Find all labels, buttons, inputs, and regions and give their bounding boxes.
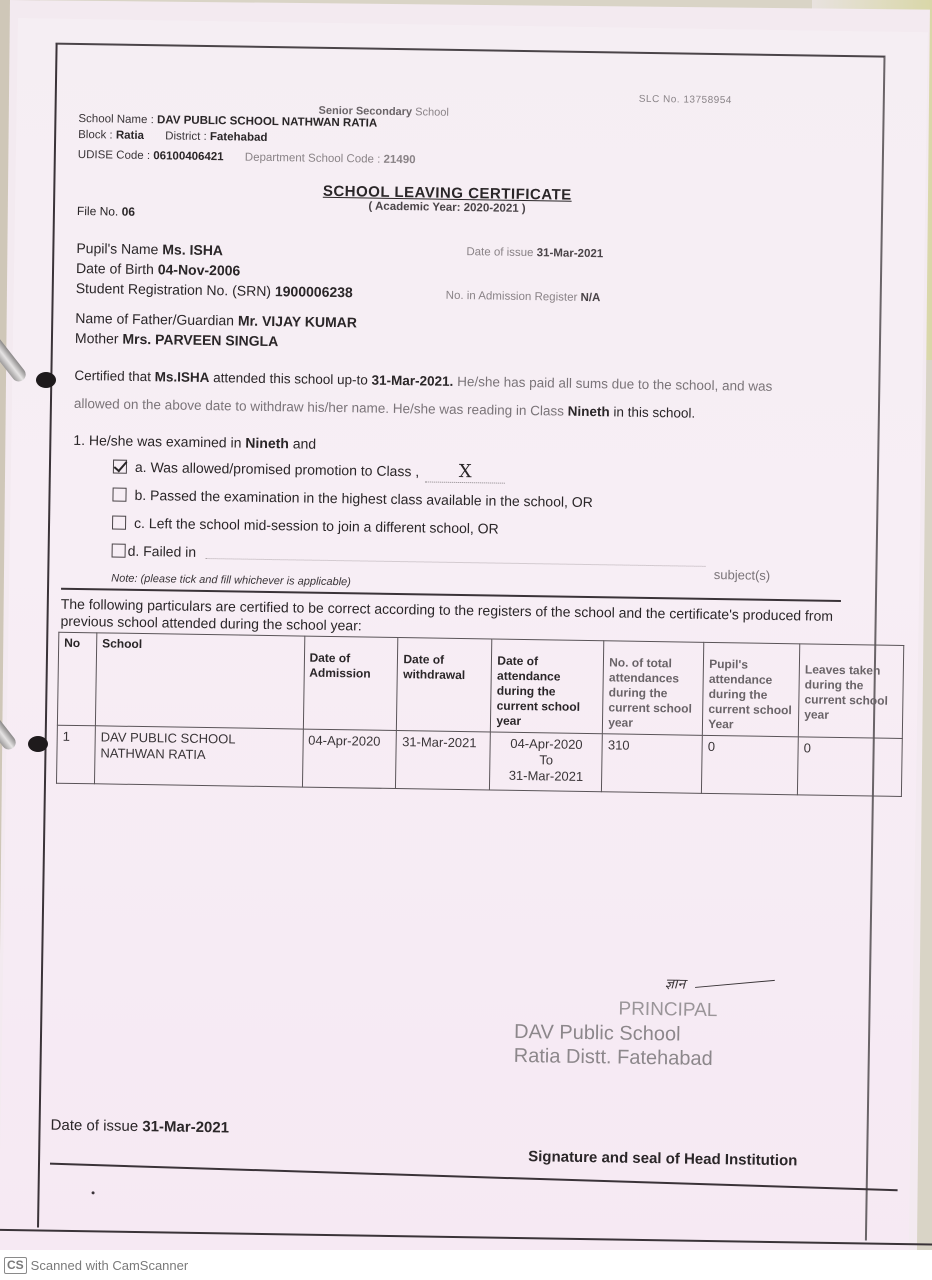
certificate-page: SLC No. 13758954 Senior Secondary School…: [0, 18, 928, 1266]
failed-subjects-line: [206, 545, 706, 567]
cell-withdrawal-date: 31-Mar-2021: [396, 731, 491, 790]
cell-attendance-period: 04-Apr-2020 To 31-Mar-2021: [490, 732, 603, 792]
column-header: No: [57, 632, 96, 726]
mother-name: Mrs. PARVEEN SINGLA: [122, 331, 278, 349]
father-name: Mr. VIJAY KUMAR: [238, 312, 357, 330]
cell-no: 1: [56, 725, 95, 784]
checkbox-icon[interactable]: [112, 488, 126, 502]
cell-admission-date: 04-Apr-2020: [302, 729, 397, 788]
principal-seal: ज्ञान PRINCIPAL DAV Public School Ratia …: [514, 996, 718, 1071]
column-header: Date of attendance during the current sc…: [491, 639, 604, 734]
column-header: Date of withdrawal: [397, 638, 492, 732]
speck: [92, 1191, 95, 1194]
cell-pupil-attendance: 0: [702, 735, 799, 794]
column-header: No. of total attendances during the curr…: [603, 641, 704, 736]
cell-leaves: 0: [798, 737, 903, 797]
issue-date-top: Date of issue 31-Mar-2021: [466, 246, 603, 260]
cell-total-attendances: 310: [602, 734, 703, 794]
certificate-content: SLC No. 13758954 Senior Secondary School…: [68, 89, 879, 796]
attendance-table: No School Date of Admission Date of with…: [56, 632, 904, 797]
school-name: DAV PUBLIC SCHOOL NATHWAN RATIA: [157, 114, 377, 129]
admission-register: No. in Admission Register N/A: [446, 290, 601, 304]
column-header: School: [95, 633, 304, 729]
file-no: 06: [122, 205, 136, 219]
block: Ratia: [116, 130, 144, 142]
date-of-birth: 04-Nov-2006: [158, 261, 241, 278]
camscanner-logo-icon: CS: [4, 1257, 27, 1274]
promoted-class-fill: X: [425, 460, 505, 483]
pupil-name: Ms. ISHA: [162, 241, 223, 258]
checkbox-checked-icon[interactable]: [113, 460, 127, 474]
column-header: Leaves taken during the current school y…: [798, 644, 903, 739]
certification-paragraph: Certified that Ms.ISHA attended this sch…: [74, 362, 820, 430]
principal-signature: ज्ञान: [665, 972, 686, 996]
srn: 1900006238: [275, 283, 353, 300]
table-header-row: No School Date of Admission Date of with…: [57, 632, 903, 738]
udise-code: 06100406421: [153, 150, 224, 163]
column-header: Pupil's attendance during the current sc…: [703, 642, 800, 736]
page-border-bottom: [0, 1229, 932, 1246]
checkbox-icon[interactable]: [112, 516, 126, 530]
cell-school: DAV PUBLIC SCHOOL NATHWAN RATIA: [94, 726, 302, 787]
punch-hole: [28, 736, 48, 752]
camscanner-watermark: CS Scanned with CamScanner: [0, 1250, 932, 1280]
punch-hole: [36, 372, 56, 388]
issue-date-bottom: Date of issue 31-Mar-2021: [50, 1117, 229, 1137]
column-header: Date of Admission: [303, 636, 398, 730]
district: Fatehabad: [210, 131, 268, 144]
checkbox-icon[interactable]: [112, 544, 126, 558]
slc-number: SLC No. 13758954: [639, 94, 732, 106]
exam-options: a. Was allowed/promised promotion to Cla…: [111, 453, 873, 577]
department-code: 21490: [383, 154, 415, 167]
